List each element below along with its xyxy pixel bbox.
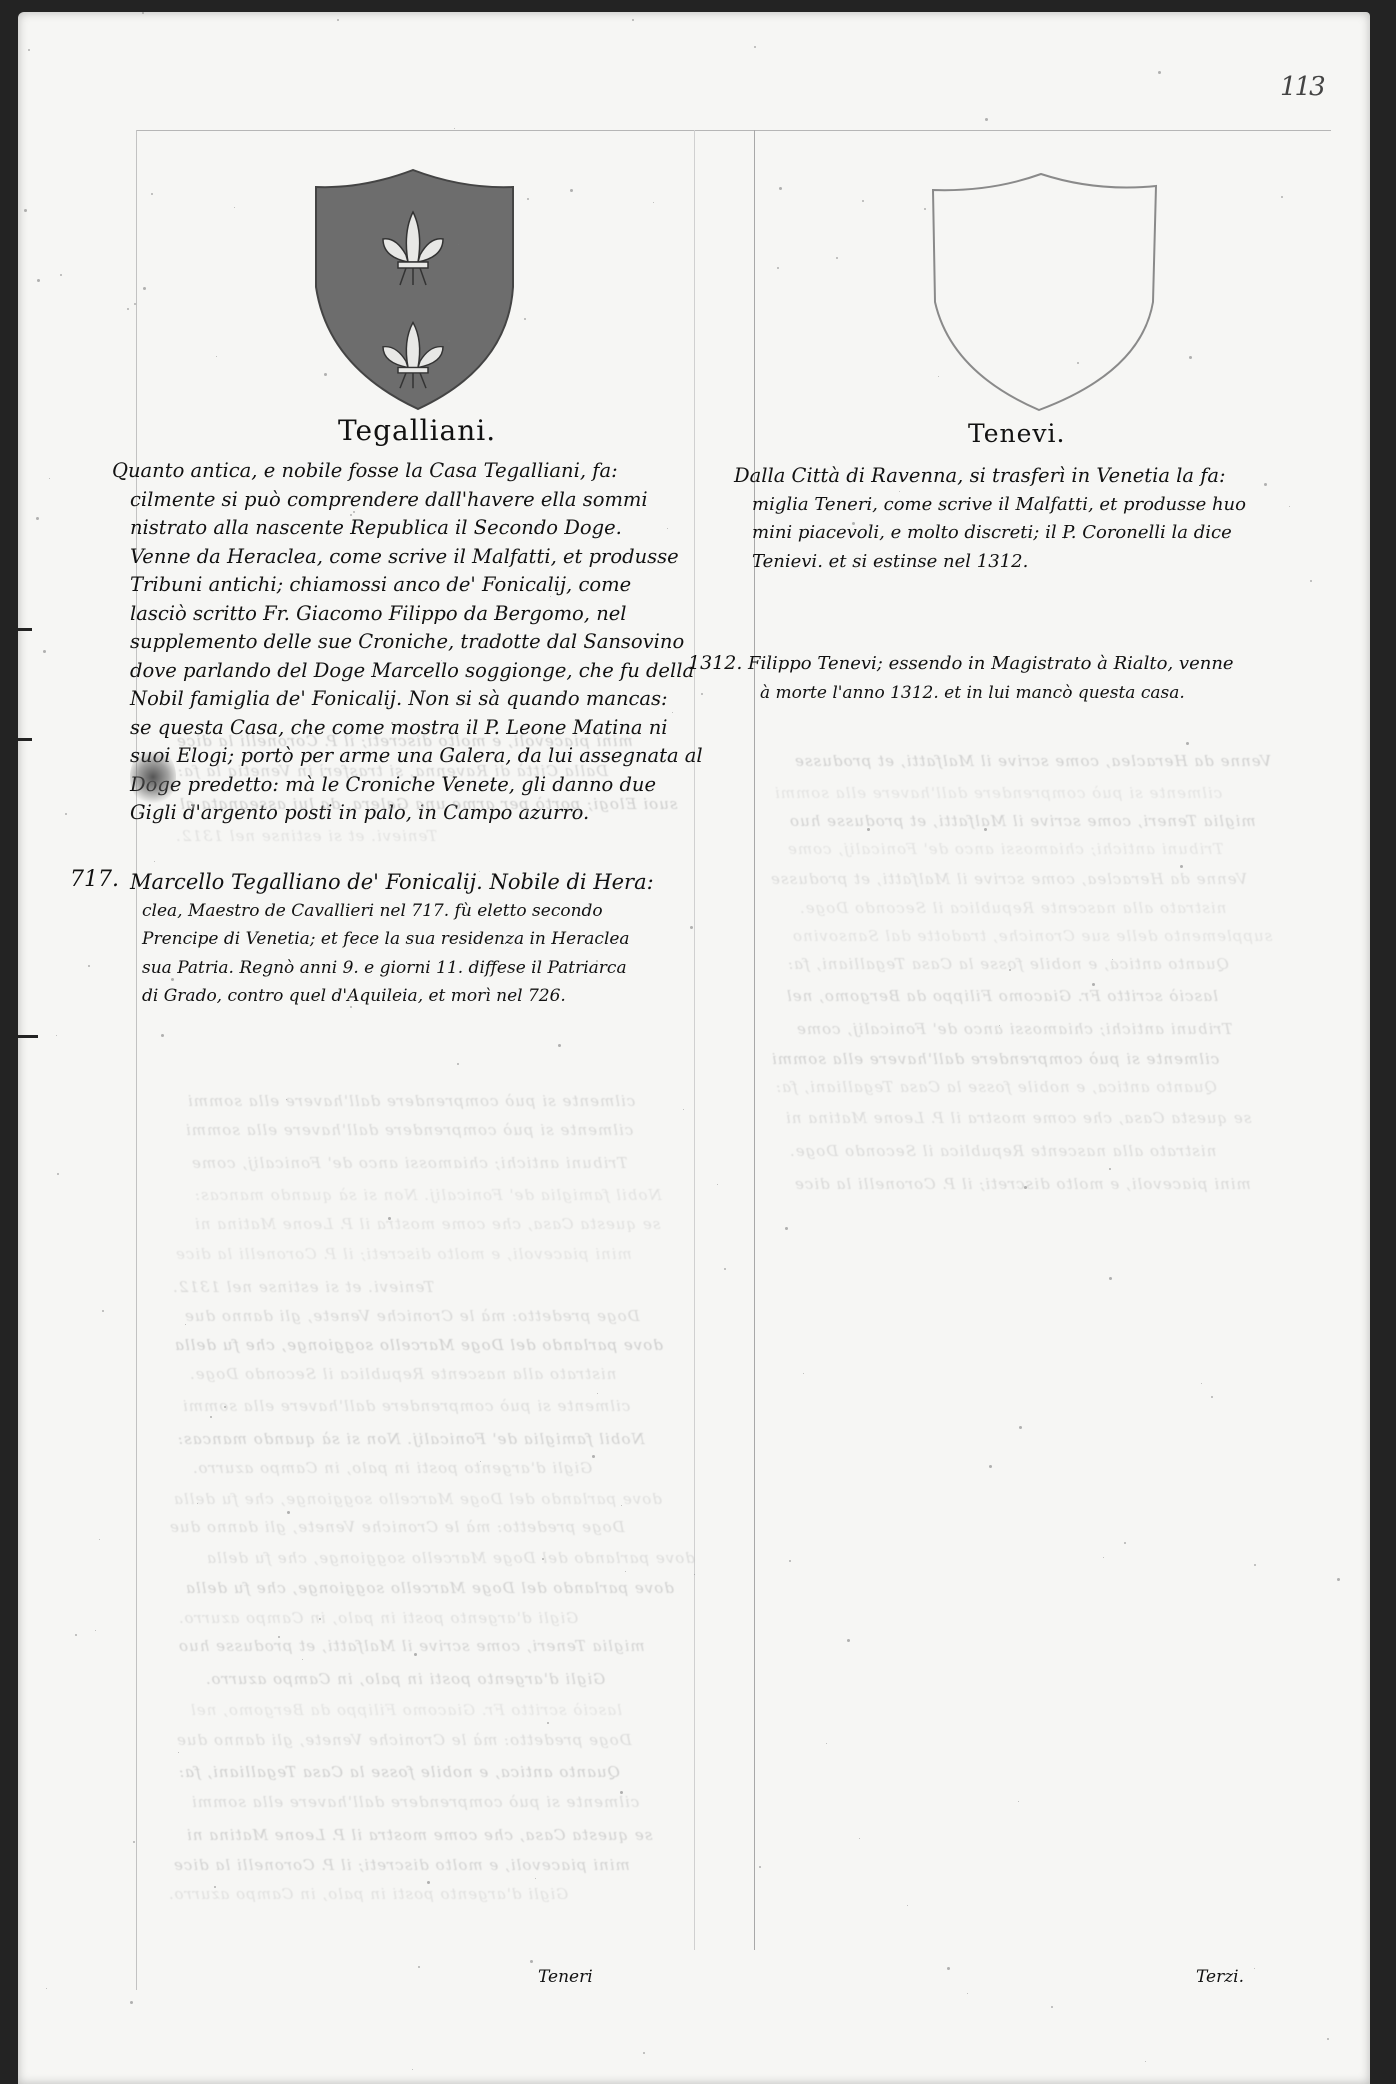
speck xyxy=(56,1035,57,1036)
text-line: Dalla Città di Ravenna, si trasferì in V… xyxy=(734,462,1246,491)
speck xyxy=(1310,580,1312,582)
speck xyxy=(524,318,526,320)
speck xyxy=(667,528,668,529)
speck xyxy=(862,200,864,202)
text-line: Filippo Tenevi; essendo in Magistrato à … xyxy=(748,650,1234,679)
ghost-line: dove parlando del Doge Marcello soggiong… xyxy=(185,1579,674,1597)
left-margin-line xyxy=(136,130,137,1990)
text-line: clea, Maestro de Cavallieri nel 717. fù … xyxy=(142,897,654,926)
year-717: 717. xyxy=(70,867,119,892)
speck xyxy=(530,1960,533,1963)
speck xyxy=(1051,2006,1053,2008)
text-line: sua Patria. Regnò anni 9. e giorni 11. d… xyxy=(142,954,654,983)
speck xyxy=(28,49,30,51)
speck xyxy=(1289,506,1290,507)
ghost-line: Tenievi. et si estinse nel 1312. xyxy=(175,827,437,845)
speck xyxy=(60,274,62,276)
ink-smudge xyxy=(130,747,176,807)
speck xyxy=(1281,196,1283,198)
speck xyxy=(1264,483,1267,486)
speck xyxy=(643,2052,645,2054)
ghost-line: lasciò scritto Fr. Giacomo Filippo da Be… xyxy=(190,1701,622,1719)
speck xyxy=(538,526,540,528)
marcello-tegalliano-entry: Marcello Tegalliano de' Fonicalij. Nobil… xyxy=(130,868,654,1011)
speck xyxy=(779,187,782,190)
speck xyxy=(88,965,90,967)
speck xyxy=(142,12,144,14)
speck xyxy=(102,1310,104,1312)
speck xyxy=(465,703,467,705)
speck xyxy=(130,2001,133,2004)
manuscript-page: 113 Tegalliani. Tenevi. Quanto antica, e… xyxy=(18,12,1370,2084)
tenevi-description: Dalla Città di Ravenna, si trasferì in V… xyxy=(740,462,1246,576)
ghost-line: nistrato alla nascente Republica il Seco… xyxy=(189,1365,616,1383)
speck xyxy=(154,861,155,862)
speck xyxy=(592,1455,595,1458)
ghost-line: se questa Casa, che come mostra il P. Le… xyxy=(186,1826,652,1844)
speck xyxy=(558,1044,561,1047)
speck xyxy=(632,19,634,21)
ghost-line: nistrato alla nascente Republica il Seco… xyxy=(799,899,1226,917)
speck xyxy=(480,1461,481,1462)
ghost-line: Quanto antica, e nobile fosse la Casa Te… xyxy=(178,1763,620,1781)
ghost-line: supplemento delle sue Croniche, tradotte… xyxy=(792,927,1272,945)
heading-tenevi: Tenevi. xyxy=(968,419,1066,448)
coat-of-arms-tenevi-blank xyxy=(921,172,1171,412)
speck xyxy=(924,208,926,210)
speck xyxy=(95,1630,96,1631)
speck xyxy=(560,471,561,472)
coat-of-arms-tegalliani xyxy=(308,167,518,412)
speck xyxy=(1092,983,1095,986)
ghost-line: cilmente si può comprendere dall'havere … xyxy=(185,1121,633,1139)
text-line: Quanto antica, e nobile fosse la Casa Te… xyxy=(112,457,703,486)
speck xyxy=(1180,865,1183,868)
speck xyxy=(859,1838,860,1839)
speck xyxy=(1064,538,1065,539)
speck xyxy=(1254,1968,1255,1969)
year-1312: 1312. xyxy=(688,652,742,674)
speck xyxy=(596,960,598,962)
speck xyxy=(984,828,987,831)
text-line: Tribuni antichi; chiamossi anco de' Foni… xyxy=(130,571,703,600)
ghost-line: Tribuni antichi; chiamossi anco de' Foni… xyxy=(191,1154,628,1172)
speck xyxy=(570,189,573,192)
catchword-left: Teneri xyxy=(538,1967,593,1987)
ghost-line: Venne da Heraclea, come scrive il Malfat… xyxy=(794,752,1271,770)
ghost-line: Doge predetto: mà le Croniche Venete, gl… xyxy=(176,1731,632,1749)
speck xyxy=(127,308,129,310)
speck xyxy=(99,1539,100,1540)
ghost-line: lasciò scritto Fr. Giacomo Filippo da Be… xyxy=(786,987,1218,1005)
speck xyxy=(324,373,327,376)
ghost-line: dove parlando del Doge Marcello soggiong… xyxy=(173,1490,662,1508)
ghost-line: Nobil famiglia de' Fonicalij. Non si sà … xyxy=(177,1430,645,1448)
text-line: nistrato alla nascente Republica il Seco… xyxy=(130,514,703,543)
ghost-line: cilmente si può comprendere dall'havere … xyxy=(191,1793,639,1811)
ghost-line: Gigli d'argento posti in palo, in Campo … xyxy=(192,1459,592,1477)
speck xyxy=(683,1109,684,1110)
speck xyxy=(1024,1186,1027,1189)
speck xyxy=(391,722,393,724)
speck xyxy=(1109,1277,1112,1280)
speck xyxy=(57,1173,59,1175)
speck xyxy=(694,1574,695,1575)
ghost-line: Tribuni antichi; chiamossi anco de' Foni… xyxy=(787,840,1224,858)
speck xyxy=(836,257,838,259)
speck xyxy=(1201,1383,1202,1384)
speck xyxy=(967,1993,968,1994)
ghost-line: Quanto antica, e nobile fosse la Casa Te… xyxy=(775,1078,1217,1096)
ghost-line: mini piacevoli, e molto discreti; il P. … xyxy=(176,732,633,750)
speck xyxy=(1077,362,1079,364)
speck xyxy=(907,1905,908,1906)
speck xyxy=(1158,71,1161,74)
ghost-line: dove parlando del Doge Marcello soggiong… xyxy=(174,1336,663,1354)
speck xyxy=(43,650,46,653)
ghost-line: Dalla Città di Ravenna, si trasferì in V… xyxy=(177,762,608,780)
speck xyxy=(1018,1801,1019,1802)
speck xyxy=(803,1373,804,1374)
ghost-line: suoi Elogi; portò per arme una Galera, d… xyxy=(179,795,678,813)
speck xyxy=(947,1967,950,1970)
speck xyxy=(350,514,352,516)
ghost-line: miglia Teneri, come scrive il Malfatti, … xyxy=(789,812,1256,830)
speck xyxy=(133,1841,135,1843)
speck xyxy=(535,1878,536,1879)
speck xyxy=(197,1503,198,1504)
column-divider-line xyxy=(754,130,755,1950)
ghost-line: Venne da Heraclea, come scrive il Malfat… xyxy=(770,870,1247,888)
filippo-tenevi-entry: Filippo Tenevi; essendo in Magistrato à … xyxy=(748,650,1234,707)
speck xyxy=(754,46,756,48)
speck xyxy=(286,1099,287,1100)
speck xyxy=(134,303,136,305)
speck xyxy=(224,1406,226,1408)
ghost-line: cilmente si può comprendere dall'havere … xyxy=(774,784,1222,802)
ghost-line: Doge predetto: mà le Croniche Venete, gl… xyxy=(169,1518,625,1536)
ghost-line: Gigli d'argento posti in palo, in Campo … xyxy=(178,1609,578,1627)
page-edge-tick xyxy=(18,1035,38,1038)
text-line: Venne da Heraclea, come scrive il Malfat… xyxy=(130,543,703,572)
ghost-line: Quanto antica, e nobile fosse la Casa Te… xyxy=(787,955,1229,973)
text-line: cilmente si può comprendere dall'havere … xyxy=(130,486,703,515)
speck xyxy=(547,1722,549,1724)
text-line: di Grado, contro quel d'Aquileia, et mor… xyxy=(142,982,654,1011)
speck xyxy=(454,128,455,129)
ghost-line: Doge predetto: mà le Croniche Venete, gl… xyxy=(184,1307,640,1325)
speck xyxy=(717,1184,718,1185)
speck xyxy=(214,1886,216,1888)
ghost-line: miglia Teneri, come scrive il Malfatti, … xyxy=(178,1637,645,1655)
speck xyxy=(847,1639,850,1642)
speck xyxy=(759,1866,761,1868)
text-line: à morte l'anno 1312. et in lui mancò que… xyxy=(760,679,1234,708)
text-line: Prencipe di Venetia; et fece la sua resi… xyxy=(142,925,654,954)
ghost-line: dove parlando del Doge Marcello soggiong… xyxy=(206,1549,695,1567)
text-line: dove parlando del Doge Marcello soggiong… xyxy=(130,657,703,686)
speck xyxy=(1019,1426,1022,1429)
speck xyxy=(178,1752,179,1753)
speck xyxy=(999,1025,1000,1026)
speck xyxy=(989,1465,992,1468)
speck xyxy=(161,1034,164,1037)
speck xyxy=(489,726,490,727)
text-line: Tenievi. et si estinse nel 1312. xyxy=(752,548,1246,577)
speck xyxy=(938,376,939,377)
speck xyxy=(319,1618,321,1620)
ghost-line: cilmente si può comprendere dall'havere … xyxy=(771,1050,1219,1068)
speck xyxy=(151,193,153,195)
catchword-right: Terzi. xyxy=(1196,1967,1244,1987)
speck xyxy=(412,2069,413,2070)
page-edge-tick xyxy=(18,628,32,631)
speck xyxy=(785,1227,788,1230)
speck xyxy=(527,198,529,200)
speck xyxy=(171,978,174,981)
speck xyxy=(672,712,673,713)
speck xyxy=(479,871,480,872)
ghost-line: nistrato alla nascente Republica il Seco… xyxy=(789,1142,1216,1160)
ghost-line: Tenievi. et si estinse nel 1312. xyxy=(172,1278,434,1296)
speck xyxy=(1009,969,1011,971)
ghost-line: cilmente si può comprendere dall'havere … xyxy=(182,1397,630,1415)
speck xyxy=(337,19,339,21)
speck xyxy=(353,511,355,513)
speck xyxy=(1189,356,1192,359)
speck xyxy=(789,1560,791,1562)
ghost-line: Gigli d'argento posti in palo, in Campo … xyxy=(168,1885,568,1903)
speck xyxy=(852,522,855,525)
speck xyxy=(1145,2061,1146,2062)
speck xyxy=(620,1791,623,1794)
speck xyxy=(542,1558,544,1560)
text-line: supplemento delle sue Croniche, tradotte… xyxy=(130,628,703,657)
speck xyxy=(1109,1168,1111,1170)
speck xyxy=(448,340,450,342)
speck xyxy=(441,660,442,661)
speck xyxy=(37,279,40,282)
speck xyxy=(427,1881,430,1884)
speck xyxy=(777,267,779,269)
ghost-line: Tribuni antichi; chiamossi anco de' Foni… xyxy=(796,1020,1233,1038)
speck xyxy=(1124,1542,1126,1544)
heading-tegalliani: Tegalliani. xyxy=(338,414,496,447)
speck xyxy=(457,1063,459,1065)
speck xyxy=(985,118,988,121)
speck xyxy=(665,648,666,649)
text-line: lasciò scritto Fr. Giacomo Filippo da Be… xyxy=(130,600,703,629)
speck xyxy=(75,1634,77,1636)
speck xyxy=(899,491,900,492)
speck xyxy=(302,1659,303,1660)
speck xyxy=(1103,1557,1104,1558)
speck xyxy=(350,1006,352,1008)
ghost-line: mini piacevoli, e molto discreti; il P. … xyxy=(794,1175,1251,1193)
speck xyxy=(458,244,459,245)
folio-number: 113 xyxy=(1280,72,1324,102)
speck xyxy=(414,1653,417,1656)
speck xyxy=(49,478,50,479)
speck xyxy=(278,1636,280,1638)
page-edge-tick xyxy=(18,738,32,741)
speck xyxy=(1337,1578,1340,1581)
speck xyxy=(418,1966,420,1968)
speck xyxy=(65,813,67,815)
ghost-line: se questa Casa, che come mostra il P. Le… xyxy=(785,1109,1251,1127)
speck xyxy=(1211,1396,1213,1398)
speck xyxy=(826,1743,827,1744)
ghost-line: Nobil famiglia de' Fonicalij. Non si sà … xyxy=(194,1186,662,1204)
speck xyxy=(24,209,27,212)
speck xyxy=(287,1511,290,1514)
speck xyxy=(185,1324,186,1325)
ghost-line: cilmente si può comprendere dall'havere … xyxy=(187,1092,635,1110)
speck xyxy=(1254,1564,1256,1566)
text-line: Nobil famiglia de' Fonicalij. Non si sà … xyxy=(130,685,703,714)
speck xyxy=(724,1268,726,1270)
speck xyxy=(1186,742,1189,745)
text-line: miglia Teneri, come scrive il Malfatti, … xyxy=(752,491,1246,520)
speck xyxy=(1112,959,1113,960)
ghost-line: Gigli d'argento posti in palo, in Campo … xyxy=(205,1670,605,1688)
speck xyxy=(234,207,235,208)
speck xyxy=(621,1505,622,1506)
speck xyxy=(653,202,654,203)
speck xyxy=(388,1217,391,1220)
speck xyxy=(210,1416,212,1418)
speck xyxy=(550,596,551,597)
speck xyxy=(1327,2038,1329,2040)
text-line: Marcello Tegalliano de' Fonicalij. Nobil… xyxy=(130,868,654,897)
speck xyxy=(143,287,146,290)
top-ruling-line xyxy=(136,130,1331,131)
ghost-line: mini piacevoli, e molto discreti; il P. … xyxy=(175,1245,632,1263)
speck xyxy=(216,356,217,357)
ghost-line: se questa Casa, che come mostra il P. Le… xyxy=(194,1215,660,1233)
speck xyxy=(597,1393,598,1394)
speck xyxy=(867,828,870,831)
speck xyxy=(36,517,39,520)
speck xyxy=(701,693,703,695)
speck xyxy=(690,926,693,929)
column-inner-line xyxy=(694,130,695,1950)
ghost-line: mini piacevoli, e molto discreti; il P. … xyxy=(173,1856,630,1874)
speck xyxy=(625,1571,626,1572)
speck xyxy=(46,1988,47,1989)
text-line: mini piacevoli, e molto discreti; il P. … xyxy=(752,519,1246,548)
